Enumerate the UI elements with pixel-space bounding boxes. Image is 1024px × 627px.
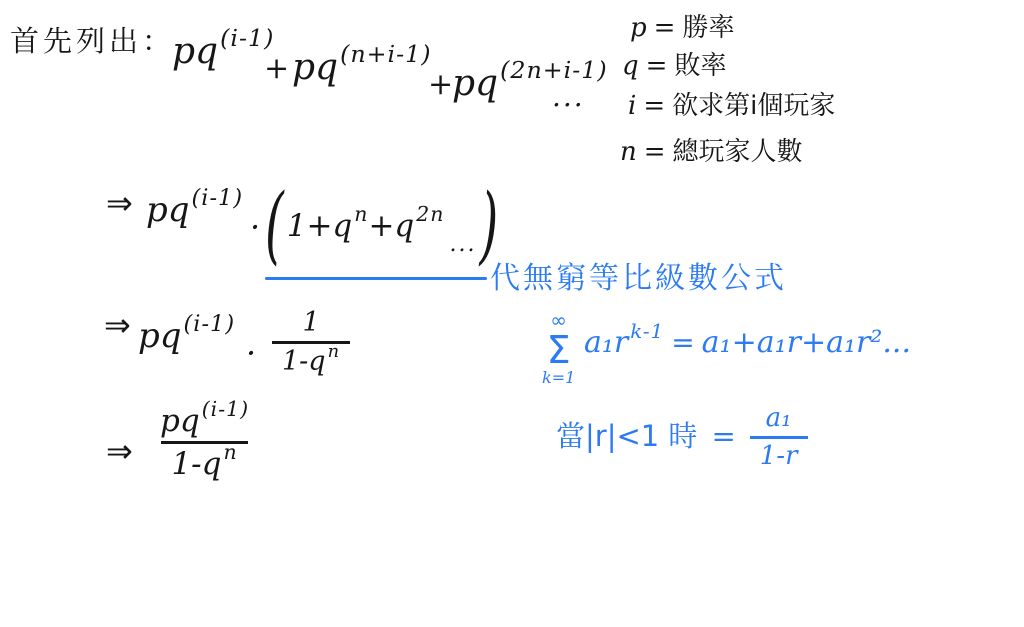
condition-numerator: a₁: [756, 404, 802, 436]
step2-base: pq: [138, 316, 182, 356]
plus-sign-1: +: [264, 52, 289, 85]
legend-n-meaning: 總玩家人數: [673, 137, 803, 167]
convergence-condition: 當|r|<1 時 = a₁ 1-r: [556, 404, 808, 470]
legend-item-q: q=敗率: [622, 52, 726, 81]
legend-n-symbol: n: [620, 137, 637, 167]
step3-den-base: 1-q: [171, 446, 221, 482]
step3-den-exponent: n: [223, 440, 237, 464]
legend-item-i: i=欲求第i個玩家: [628, 92, 835, 121]
legend-p-meaning: 勝率: [682, 13, 734, 43]
legend-i-symbol: i: [628, 91, 636, 121]
implies-arrow-step2: ⇒: [104, 308, 131, 343]
geometric-series-note: 代無窮等比級數公式: [490, 262, 787, 295]
step2-den-base: 1-q: [282, 346, 326, 377]
step2-numerator: 1: [292, 308, 329, 341]
plus-sign-2: +: [428, 68, 453, 101]
step1-series-parenthesis: ( 1+qn+q2n... ): [262, 178, 501, 274]
series-inner: 1+qn+q2n...: [287, 209, 477, 243]
term1-exponent: (i-1): [220, 24, 274, 52]
condition-when-text: 當|r|<1 時: [556, 421, 697, 453]
term2-exponent: (n+i-1): [340, 40, 431, 68]
series-exp-2n: 2n: [416, 202, 444, 226]
sigma-upper-bound: ∞: [550, 310, 567, 330]
intro-label: 首先列出：: [10, 26, 175, 58]
implies-arrow-step1: ⇒: [106, 186, 133, 221]
step3-fraction: pq(i-1) 1-qn: [150, 404, 259, 481]
legend-i-meaning: 欲求第i個玩家: [672, 91, 835, 121]
multiplication-dot-step1: ·: [250, 210, 260, 245]
implies-arrow-step3: ⇒: [106, 434, 133, 469]
series-general-term: a₁r: [584, 325, 628, 360]
series-term-exponent: k-1: [630, 320, 664, 343]
step3-num-exponent: (i-1): [202, 397, 249, 421]
series-ellipsis: ...: [449, 232, 476, 257]
term1-base: pq: [172, 31, 218, 72]
step1-base: pq: [146, 190, 190, 230]
step2-coefficient: pq(i-1): [138, 318, 235, 355]
legend-item-p: p=勝率: [630, 14, 734, 43]
legend-p-symbol: p: [630, 13, 647, 43]
series-plus-q: +q: [368, 208, 414, 244]
multiplication-dot-step2: ·: [246, 336, 256, 371]
handwritten-note-canvas: 首先列出： pq(i-1) + pq(n+i-1) + pq(2n+i-1) .…: [0, 0, 1024, 627]
step3-denominator: 1-qn: [161, 441, 247, 481]
step1-exponent: (i-1): [192, 185, 244, 211]
step3-num-base: pq: [160, 403, 200, 439]
legend-item-n: n=總玩家人數: [620, 138, 803, 167]
sigma-icon: Σ: [547, 331, 571, 369]
sigma-lower-bound: k=1: [542, 370, 575, 386]
step2-denominator: 1-qn: [272, 341, 350, 377]
series-formula-body: a₁rk-1=a₁+a₁r+a₁r²...: [584, 326, 911, 359]
ellipsis-initial-formula: ...: [552, 82, 585, 113]
series-expansion: a₁+a₁r+a₁r²...: [702, 325, 911, 360]
legend-q-symbol: q: [622, 51, 639, 81]
series-one-plus-q: 1+q: [287, 208, 353, 244]
initial-formula-term-2: pq(n+i-1): [292, 48, 432, 88]
legend-p-equals: =: [654, 13, 676, 43]
term2-base: pq: [292, 47, 338, 88]
step1-coefficient: pq(i-1): [146, 192, 243, 229]
step2-den-exponent: n: [328, 341, 340, 362]
annotation-underline: [265, 277, 487, 280]
legend-q-equals: =: [646, 51, 668, 81]
initial-formula-term-1: pq(i-1): [172, 32, 274, 72]
step2-fraction: 1 1-qn: [272, 308, 350, 376]
legend-q-meaning: 敗率: [674, 51, 726, 81]
legend-i-equals: =: [643, 91, 665, 121]
step3-numerator: pq(i-1): [150, 404, 259, 441]
close-paren: ): [476, 180, 501, 272]
series-exp-n: n: [354, 202, 368, 226]
condition-denominator: 1-r: [750, 436, 808, 471]
legend-n-equals: =: [644, 137, 666, 167]
sigma-notation: ∞ Σ k=1: [542, 310, 575, 386]
condition-equals: =: [711, 421, 735, 453]
series-equals: =: [671, 326, 694, 359]
term3-base: pq: [452, 63, 498, 104]
open-paren: (: [262, 180, 287, 272]
step2-exponent: (i-1): [184, 311, 236, 337]
